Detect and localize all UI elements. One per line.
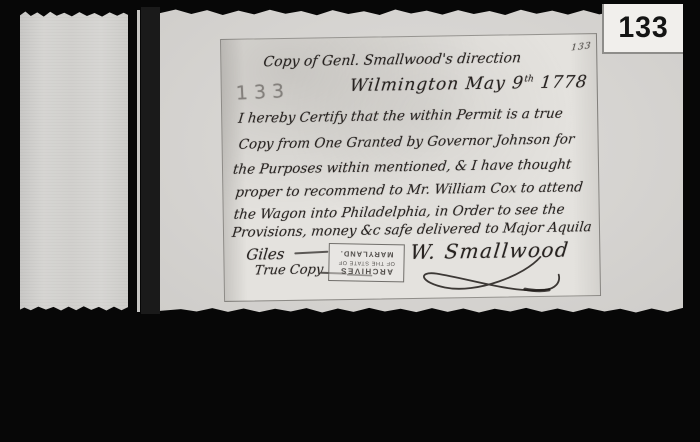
document-sheet: Copy of Genl. Smallwood's direction Wilm…	[220, 33, 601, 302]
dateline-ordinal: th	[524, 74, 534, 84]
document-dateline: Wilmington May 9th1778	[349, 73, 589, 95]
stamped-page-number: 133	[235, 80, 290, 105]
microfilm-frame: Copy of Genl. Smallwood's direction Wilm…	[0, 0, 700, 442]
dateline-place-day: Wilmington May 9	[349, 73, 525, 96]
document-line: Giles	[245, 246, 285, 263]
film-edge-line	[137, 10, 140, 312]
document-line: the Purposes within mentioned, & I have …	[232, 157, 572, 177]
reference-dash	[294, 251, 328, 254]
frame-number-card: 133	[602, 4, 683, 54]
frame-number: 133	[618, 11, 668, 45]
film-separator-strip	[141, 7, 160, 314]
archives-stamp-line: MARYLAND.	[340, 249, 394, 259]
archives-stamp: ARCHIVES OF THE STATE OF MARYLAND.	[328, 243, 405, 282]
archives-stamp-line: OF THE STATE OF	[338, 259, 395, 266]
signature-flourish-icon	[412, 252, 573, 303]
document-line: Copy from One Granted by Governor Johnso…	[238, 132, 575, 152]
document-title: Copy of Genl. Smallwood's direction	[263, 51, 522, 70]
handwritten-page-number: 133	[571, 42, 592, 54]
film-strip-left	[20, 10, 128, 312]
document-line: I hereby Certify that the within Permit …	[237, 107, 563, 127]
dateline-year: 1778	[539, 72, 588, 93]
archives-stamp-line: ARCHIVES	[340, 266, 394, 276]
document-line: proper to recommend to Mr. William Cox t…	[235, 180, 584, 200]
true-copy-note: True Copy	[254, 263, 324, 278]
